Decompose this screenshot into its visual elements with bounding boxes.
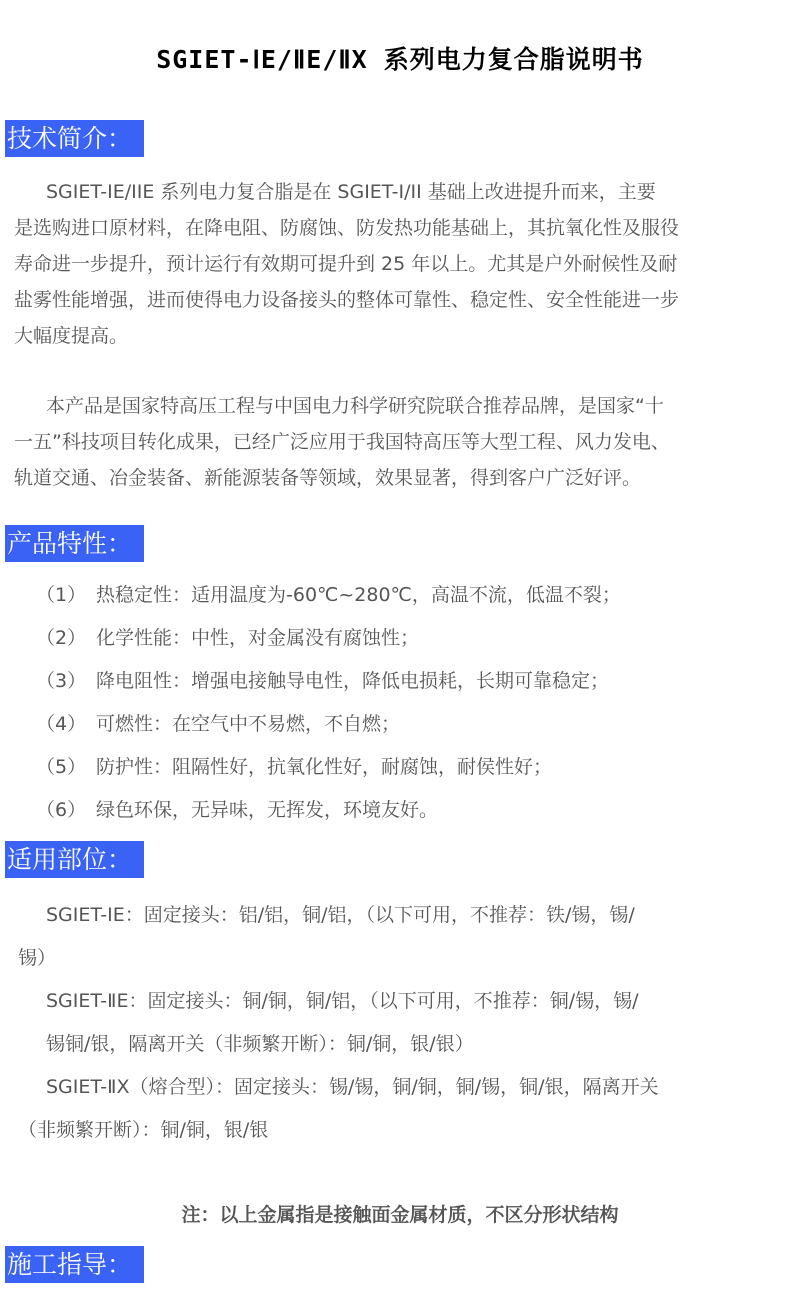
feature-number: （1）: [36, 577, 96, 613]
text-line: （非频繁开断）：铜/铜，银/银: [14, 1109, 784, 1152]
feature-number: （3）: [36, 663, 96, 699]
intro-paragraph-1: SGIET-IE/IIE 系列电力复合脂是在 SGIET-I/II 基础上改进提…: [14, 174, 784, 354]
document-title: SGIET-ⅠE/ⅡE/ⅡX 系列电力复合脂说明书: [0, 40, 800, 76]
feature-text: 可燃性：在空气中不易燃，不自燃；: [96, 713, 400, 735]
text-line: 本产品是国家特高压工程与中国电力科学研究院联合推荐品牌，是国家“十: [14, 388, 784, 424]
section-heading-intro: 技术简介：: [5, 120, 144, 157]
feature-item: （2）化学性能：中性，对金属没有腐蚀性；: [36, 620, 419, 656]
section-heading-construction: 施工指导：: [5, 1246, 144, 1283]
feature-text: 绿色环保，无异味，无挥发，环境友好。: [96, 799, 438, 821]
feature-item: （5）防护性：阻隔性好，抗氧化性好，耐腐蚀，耐侯性好；: [36, 749, 552, 785]
text-line: 大幅度提高。: [14, 318, 784, 354]
applications-note: 注：以上金属指是接触面金属材质，不区分形状结构: [0, 1200, 800, 1227]
feature-text: 热稳定性：适用温度为-60℃~280℃，高温不流，低温不裂；: [96, 584, 621, 606]
text-line: 一五”科技项目转化成果，已经广泛应用于我国特高压等大型工程、风力发电、: [14, 424, 784, 460]
feature-number: （2）: [36, 620, 96, 656]
text-line: 轨道交通、冶金装备、新能源装备等领域，效果显著，得到客户广泛好评。: [14, 460, 784, 496]
text-line: SGIET-IE/IIE 系列电力复合脂是在 SGIET-I/II 基础上改进提…: [14, 174, 784, 210]
text-line: 是选购进口原材料，在降电阻、防腐蚀、防发热功能基础上，其抗氧化性及服役: [14, 210, 784, 246]
feature-item: （3）降电阻性：增强电接触导电性，降低电损耗，长期可靠稳定；: [36, 663, 609, 699]
text-line: 锡铜/银，隔离开关（非频繁开断）：铜/铜，银/银）: [14, 1023, 784, 1066]
feature-text: 降电阻性：增强电接触导电性，降低电损耗，长期可靠稳定；: [96, 670, 609, 692]
feature-item: （4）可燃性：在空气中不易燃，不自燃；: [36, 706, 400, 742]
text-line: SGIET-ⅡE：固定接头：铜/铜，铜/铝，（以下可用，不推荐：铜/锡，锡/: [14, 980, 784, 1023]
intro-paragraph-2: 本产品是国家特高压工程与中国电力科学研究院联合推荐品牌，是国家“十 一五”科技项…: [14, 388, 784, 496]
feature-number: （4）: [36, 706, 96, 742]
section-heading-applications: 适用部位：: [5, 841, 144, 878]
feature-number: （6）: [36, 792, 96, 828]
text-line: SGIET-ⅡX（熔合型）：固定接头：锡/锡，铜/铜，铜/锡，铜/银，隔离开关: [14, 1066, 784, 1109]
text-line: SGIET-ⅠE：固定接头：铝/铝，铜/铝，（以下可用，不推荐：铁/锡，锡/: [14, 894, 784, 937]
applications-block: SGIET-ⅠE：固定接头：铝/铝，铜/铝，（以下可用，不推荐：铁/锡，锡/ 锡…: [14, 894, 784, 1152]
feature-item: （6）绿色环保，无异味，无挥发，环境友好。: [36, 792, 438, 828]
section-heading-features: 产品特性：: [5, 525, 144, 562]
feature-text: 防护性：阻隔性好，抗氧化性好，耐腐蚀，耐侯性好；: [96, 756, 552, 778]
text-line: 盐雾性能增强，进而使得电力设备接头的整体可靠性、稳定性、安全性能进一步: [14, 282, 784, 318]
feature-number: （5）: [36, 749, 96, 785]
text-line: 寿命进一步提升，预计运行有效期可提升到 25 年以上。尤其是户外耐候性及耐: [14, 246, 784, 282]
feature-item: （1）热稳定性：适用温度为-60℃~280℃，高温不流，低温不裂；: [36, 577, 621, 613]
text-line: 锡）: [14, 937, 784, 980]
feature-text: 化学性能：中性，对金属没有腐蚀性；: [96, 627, 419, 649]
